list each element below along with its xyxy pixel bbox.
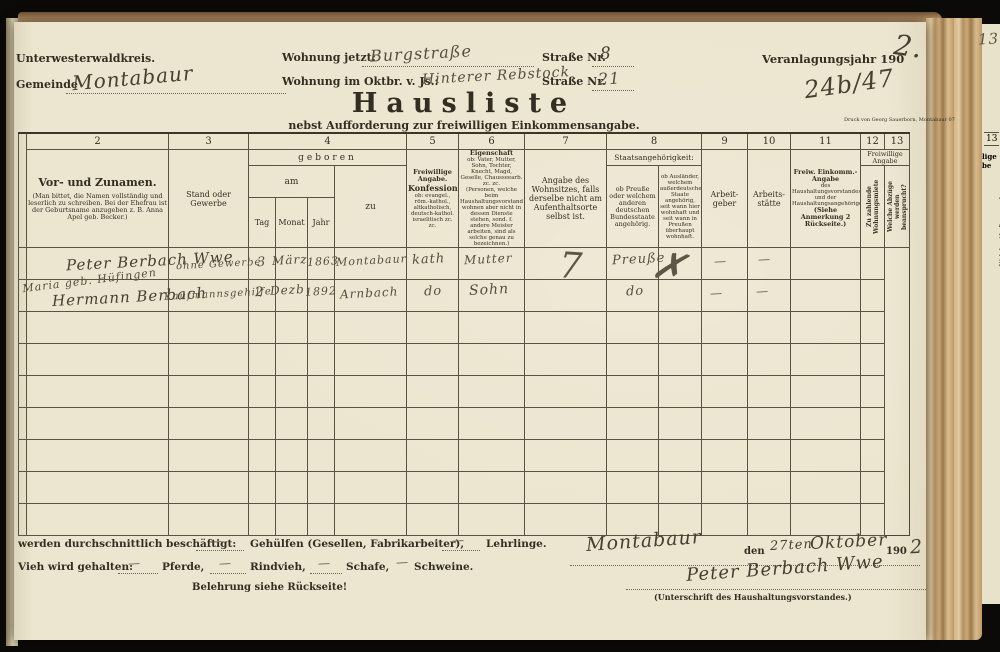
table-cell [335,504,407,536]
table-cell [659,312,702,344]
table-cell [335,312,407,344]
table-cell [407,408,459,440]
table-cell [748,504,791,536]
entry-konfession-row2: do [424,284,443,300]
table-cell [308,376,335,408]
table-row [19,376,910,408]
table-cell [19,344,27,376]
abzuege-vertical-label: Welche Abzüge werden beansprucht? [887,171,908,243]
wohnung-jetzt-value-handwriting: Burgstraße [370,41,473,65]
table-cell [791,312,861,344]
employ-item-2: Lehrlinge. [486,538,547,550]
cut-column [19,133,27,248]
table-cell [861,280,885,312]
table-cell [276,504,308,536]
staat-auslaender-subheader: ob Ausländer, welchem außerdeutschen Sta… [659,166,702,248]
belehrung-note: Belehrung siehe Rückseite! [192,582,347,593]
table-cell [27,472,169,504]
form-subtitle: nebst Aufforderung zur freiwilligen Eink… [244,119,684,132]
table-cell [19,248,27,280]
table-cell [459,376,525,408]
table-cell [607,312,659,344]
table-cell [861,408,885,440]
gemeinde-value-handwriting: Montabaur [71,61,194,96]
col-number: 9 [702,133,748,150]
entry-tag-row2: 2 [255,285,265,300]
table-cell [249,312,276,344]
table-cell [748,344,791,376]
table-cell [459,312,525,344]
col-number: 4 [249,133,407,150]
table-cell [308,344,335,376]
table-cell [407,376,459,408]
entry-dash-arbeitgeber-row1: — [714,254,728,269]
table-cell [19,504,27,536]
table-cell [702,408,748,440]
geboren-am-header: am [249,166,335,198]
einkommen-title: Freiw. Einkomm.-Angabe [792,169,859,183]
table-cell [459,472,525,504]
table-cell [659,472,702,504]
table-cell [525,344,607,376]
strasse-nr-jetzt-value: 8 [599,44,612,65]
col-stand-header: Stand oder Gewerbe [169,150,249,248]
livestock-item-2: Rindvieh, [250,561,306,573]
strasse-nr-jetzt-blank [592,65,634,67]
table-cell [335,440,407,472]
signature-handwriting: Peter Berbach Wwe [686,551,885,586]
col-number: 8 [607,133,702,150]
entry-dash-arbeitsstaette-row1: — [758,252,772,267]
entry-jahr-row1: 1863 [307,254,340,269]
printer-imprint: Druck von Georg Sauerborn, Montabaur 07 [844,117,955,123]
signature-caption: (Unterschrift des Haushaltungsvorstandes… [654,592,852,602]
table-cell [407,440,459,472]
entry-dash-arbeitsstaette-row2: — [756,284,770,299]
employ-blank-2 [442,549,480,551]
livestock-line-label: Vieh wird gehalten: [18,561,133,573]
livestock-item-4: Schweine. [414,561,473,573]
col-number: 5 [407,133,459,150]
table-cell [27,504,169,536]
livestock-dash-1: — [128,556,142,571]
table-cell [791,376,861,408]
table-cell [169,440,249,472]
table-row [19,472,910,504]
livestock-item-1: Pferde, [162,561,204,573]
strasse-nr-oktbr-value: 21 [598,68,621,88]
table-cell [861,312,885,344]
konfession-note: ob: evangel., röm.-kathol., altkatholisc… [408,193,457,229]
entry-monat-row1: März [272,252,308,268]
table-cell [748,472,791,504]
table-cell [659,440,702,472]
page-stack-right [926,18,982,640]
employ-dash-1: — [210,534,224,549]
livestock-dash-4: — [396,555,410,570]
table-cell [791,440,861,472]
livestock-blank-3 [310,572,342,574]
table-cell [791,280,861,312]
col-number: 11 [791,133,861,150]
miete-vertical-label: Zu zahlende Wohnungsmiete [866,171,880,243]
table-cell [702,312,748,344]
table-cell [607,472,659,504]
table-cell [861,376,885,408]
eigenschaft-title: Eigenschaft [460,150,523,157]
livestock-blank-2 [210,572,246,574]
table-cell [169,472,249,504]
table-cell [791,248,861,280]
table-cell [607,440,659,472]
table-cell [525,312,607,344]
employ-blank-1 [196,549,244,551]
table-cell [276,312,308,344]
tag-header: Tag [249,198,276,248]
col-number: 12 [861,133,885,150]
table-cell [659,344,702,376]
table-cell [861,440,885,472]
table-row [19,440,910,472]
table-cell [19,472,27,504]
col-miete-header: Zu zahlende Wohnungsmiete [861,166,885,248]
col-number: 13 [885,133,910,150]
table-cell [407,504,459,536]
date-year-printed: 190 [886,546,907,557]
wohnung-oktbr-label: Wohnung im Oktbr. v. Js.: [282,75,439,88]
table-cell [607,408,659,440]
table-cell [748,440,791,472]
form-title: Hausliste [284,88,644,119]
eigenschaft-note2: (Personen, welche beim Haushaltungsvorst… [460,187,523,247]
col-wohnsitz-header: Angabe des Wohnsitzes, falls derselbe ni… [525,150,607,248]
signature-blank [626,588,926,590]
table-cell [702,344,748,376]
staat-preusse-subheader: ob Preuße oder welchem anderen deutschen… [607,166,659,248]
date-year-handwriting: 2 [909,536,923,559]
table-cell [335,344,407,376]
hausliste-table: 2 3 4 5 6 7 8 9 10 11 12 13 Vor- und Zun… [18,132,910,536]
table-cell [525,440,607,472]
table-cell [407,312,459,344]
table-cell [407,344,459,376]
margin-page-number: 13 [978,29,1000,48]
col-names-header: Vor- und Zunamen. (Man bittet, die Namen… [27,150,169,248]
table-cell [249,376,276,408]
col-geboren-header: geboren [249,150,407,166]
sliver-text-fragment: be [982,161,991,170]
table-cell [459,344,525,376]
strasse-nr-jetzt-label: Straße Nr. [542,51,606,64]
table-cell [276,440,308,472]
table-cell [459,504,525,536]
table-cell [308,440,335,472]
table-cell [702,504,748,536]
date-month-handwriting: Oktober [810,530,888,554]
table-cell [459,440,525,472]
table-cell [335,472,407,504]
table-cell [276,472,308,504]
table-cell [525,504,607,536]
entry-staat-row2: do [626,284,645,300]
col-einkommen-header: Freiw. Einkomm.-Angabe des Haushaltungsv… [791,150,861,248]
table-cell [659,408,702,440]
date-den-label: den [744,546,765,557]
table-cell [607,376,659,408]
table-cell [169,408,249,440]
table-cell [19,440,27,472]
col-konfession-header: Freiwillige Angabe. Konfession: ob: evan… [407,150,459,248]
table-cell [169,344,249,376]
table-cell [19,408,27,440]
table-row [19,408,910,440]
eigenschaft-note1: ob: Vater, Mutter, Sohn, Tochter, Knecht… [460,157,523,187]
entry-dash-arbeitgeber-row2: — [710,286,724,301]
col-1213-shared-title: Freiwillige Angabe [861,150,910,166]
aktennummer-handwriting: 24b/47 [802,64,896,104]
einkommen-bold-note: (Siehe Anmerkung 2 Rückseite.) [792,207,859,228]
table-cell [27,440,169,472]
col-number: 2 [27,133,169,150]
col-abzuege-header: Welche Abzüge werden beansprucht? [885,166,910,248]
table-cell [702,376,748,408]
table-cell [748,312,791,344]
table-cell [249,408,276,440]
table-cell [27,312,169,344]
col-number: 7 [525,133,607,150]
col-number: 10 [748,133,791,150]
entry-wohnsitz-mark: 7 [558,245,585,288]
table-cell [27,408,169,440]
table-cell [861,472,885,504]
table-cell [335,376,407,408]
col-names-note: (Man bittet, die Namen vollständig und l… [28,193,167,221]
geboren-zu-header: zu [335,166,407,248]
entry-eigenschaft-row1: Mutter [464,251,513,268]
scan-background: { "header": { "district": "Unterwesterwa… [0,0,1000,652]
table-cell [702,280,748,312]
monat-header: Monat [276,198,308,248]
table-cell [607,344,659,376]
konfession-title2: Konfession: [408,183,457,193]
table-cell [308,312,335,344]
livestock-blank-1 [118,572,158,574]
table-cell [861,248,885,280]
livestock-item-3: Schafe, [346,561,389,573]
table-cell [702,472,748,504]
table-cell [169,312,249,344]
sliver-text-fragment: lige [982,152,997,161]
date-day-handwriting: 27ten [770,537,814,554]
entry-tag-row1: 3 [257,255,267,270]
table-cell [791,408,861,440]
col-arbeitsstaette-header: Arbeits- stätte [748,150,791,248]
livestock-dash-3: — [318,556,332,571]
table-cell [791,504,861,536]
table-cell [27,344,169,376]
col-eigenschaft-header: Eigenschaft ob: Vater, Mutter, Sohn, Toc… [459,150,525,248]
table-cell [459,408,525,440]
table-cell [335,408,407,440]
veranlagungsjahr-handwriting: 2. [892,28,925,65]
col-number: 3 [169,133,249,150]
col-staat-header-title: Staatsangehörigkeit: [607,150,702,166]
table-cell [276,376,308,408]
table-cell [702,440,748,472]
table-cell [249,344,276,376]
col-number: 6 [459,133,525,150]
table-cell [525,376,607,408]
table-cell [308,408,335,440]
wohnung-jetzt-label: Wohnung jetzt: [282,51,376,64]
col-arbeitgeber-header: Arbeit- geber [702,150,748,248]
table-cell [407,472,459,504]
employ-item-1: Gehülfen (Gesellen, Fabrikarbeiter), [250,538,464,550]
entry-eigenschaft-row2: Sohn [469,281,510,299]
table-row [19,344,910,376]
table-cell [249,472,276,504]
underlying-page-sliver: 13 lige be Welche Abzüge werden [982,24,1000,604]
table-cell [525,408,607,440]
strasse-nr-oktbr-label: Straße Nr. [542,75,606,88]
table-cell [169,376,249,408]
table-cell [249,504,276,536]
table-cell [276,344,308,376]
table-cell [748,408,791,440]
gemeinde-label: Gemeinde [16,78,78,91]
einkommen-note: des Haushaltungsvorstandes und der Haush… [792,183,859,207]
col-names-title: Vor- und Zunamen. [28,176,167,189]
jahr-header: Jahr [308,198,335,248]
table-cell [308,504,335,536]
konfession-title1: Freiwillige Angabe. [408,169,457,183]
table-cell [19,376,27,408]
sliver-col-number: 13 [984,132,999,146]
table-row [19,504,910,536]
table-cell [308,472,335,504]
employ-dash-2: — [452,533,466,548]
table-cell [659,376,702,408]
entry-konfession-row1: kath [412,251,446,268]
table-cell [276,408,308,440]
table-cell [249,440,276,472]
table-row [19,312,910,344]
entry-monat-row2: Dezb [270,282,305,298]
table-cell [27,376,169,408]
table-cell [791,472,861,504]
entry-jahr-row2: 1892 [305,284,338,299]
table-cell [169,504,249,536]
table-cell [748,376,791,408]
table-cell [19,312,27,344]
livestock-dash-2: — [219,556,233,571]
table-cell [791,344,861,376]
district-label: Unterwesterwaldkreis. [16,52,155,65]
hausliste-page: Unterwesterwaldkreis. Gemeinde Montabaur… [14,22,926,640]
table-cell [525,472,607,504]
table-cell [861,344,885,376]
veranlagungsjahr-label: Veranlagungsjahr 190 [762,52,904,66]
